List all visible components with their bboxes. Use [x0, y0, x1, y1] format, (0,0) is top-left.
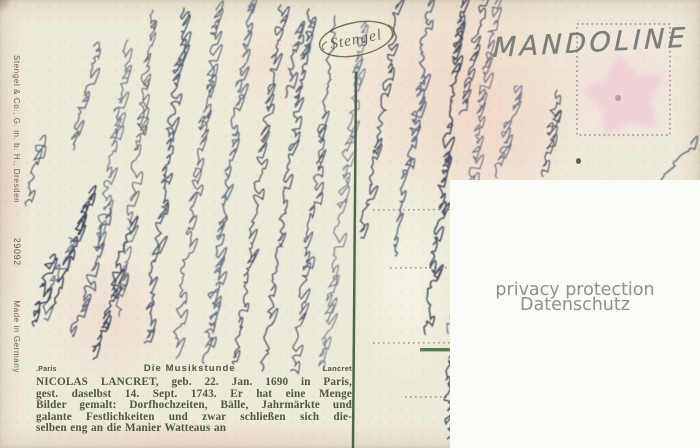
- handwriting-stroke: [319, 22, 368, 371]
- handwriting-stroke: [71, 42, 100, 150]
- handwriting-stroke: [32, 254, 57, 326]
- privacy-protection-overlay: privacy protection Datenschutz: [450, 180, 700, 448]
- handwriting-stroke: [542, 90, 562, 177]
- handwriting-stroke: [232, 5, 289, 364]
- handwriting-stroke: [660, 136, 698, 181]
- postcard-back: Stengel & Co., G. m. b. H., Dresden 2909…: [0, 0, 700, 448]
- handwriting-stroke: [261, 9, 316, 371]
- green-rule-segment: [420, 348, 453, 351]
- handwriting-stroke: [145, 8, 191, 343]
- stengel-logo-text: Stengel: [329, 26, 384, 53]
- privacy-text-de: Datenschutz: [450, 298, 700, 313]
- handwriting-stroke: [25, 135, 45, 205]
- handwriting-stroke: [495, 86, 522, 178]
- handwriting-stroke: [394, 0, 434, 256]
